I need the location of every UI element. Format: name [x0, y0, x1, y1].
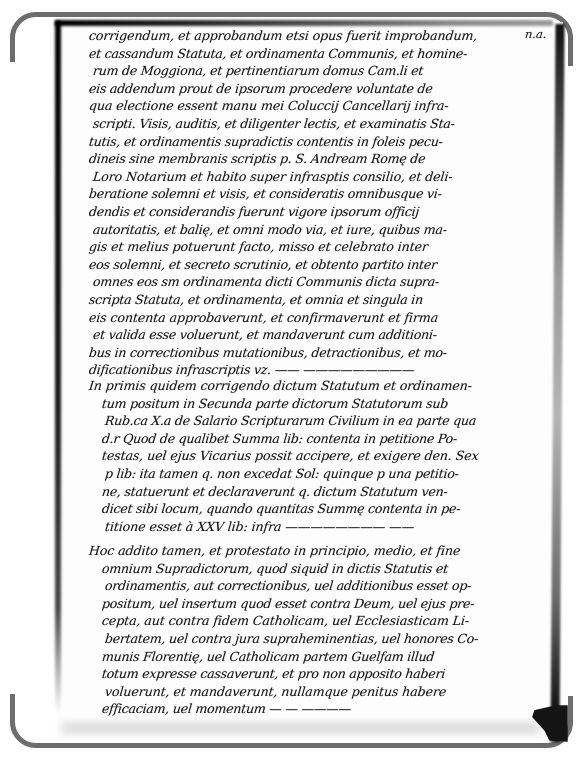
manuscript-line: qua electione essent manu mei Coluccij C…	[88, 97, 478, 115]
manuscript-line: eis contenta approbaverunt, et confirmav…	[88, 309, 478, 327]
manuscript-line: ordinamentis, aut correctionibus, uel ad…	[104, 577, 479, 595]
manuscript-paragraph-2: In primis quidem corrigendo dictum Statu…	[88, 377, 478, 535]
manuscript-line: beratione solemni et visis, et considera…	[88, 185, 478, 203]
manuscript-line: positum, uel insertum quod esset contra …	[101, 595, 479, 613]
manuscript-line: munis Florentię, uel Catholicam partem G…	[101, 648, 479, 666]
frame-edge-gap-right	[563, 66, 583, 696]
manuscript-line: dendis et considerandis fuerunt vigore i…	[88, 203, 478, 221]
manuscript-line: omnium Supradictorum, quod siquid in dic…	[101, 560, 479, 578]
manuscript-line: scripta Statuta, et ordinamenta, et omni…	[88, 291, 478, 309]
manuscript-line: rum de Moggiona, et pertinentiarum domus…	[92, 62, 478, 80]
manuscript-line: d.r Quod de qualibet Summa lib: contenta…	[101, 430, 479, 448]
manuscript-line: cepta, aut contra fidem Catholicam, uel …	[101, 612, 479, 630]
manuscript-paragraph-1: corrigendum, et approbandum etsi opus fu…	[88, 27, 476, 379]
manuscript-line: totum expresse cassaverunt, et pro non a…	[101, 665, 479, 683]
manuscript-line: dicet sibi locum, quando quantitas Summę…	[101, 500, 479, 518]
manuscript-line: eos solemni, et secreto scrutinio, et ob…	[88, 256, 478, 274]
manuscript-line: scripti. Visis, auditis, et diligenter l…	[92, 115, 478, 133]
manuscript-line: testas, uel ejus Vicarius possit acciper…	[101, 447, 479, 465]
manuscript-line: p lib: ita tamen q. non excedat Sol: qui…	[104, 465, 479, 483]
manuscript-line: et valida esse voluerunt, et mandaverunt…	[92, 326, 478, 344]
manuscript-line: tum positum in Secunda parte dictorum St…	[101, 395, 479, 413]
manuscript-line: corrigendum, et approbandum etsi opus fu…	[88, 27, 478, 45]
manuscript-line: dineis sine membranis scriptis p. S. And…	[88, 150, 478, 168]
manuscript-line: gis et melius potuerunt facto, misso et …	[88, 238, 478, 256]
scanned-document: n.a. corrigendum, et approbandum etsi op…	[0, 0, 585, 760]
manuscript-line: autoritatis, et balię, et omni modo via,…	[92, 221, 478, 239]
manuscript-line: tutis, et ordinamentis supradictis conte…	[88, 133, 478, 151]
manuscript-line: ne, statuerunt et declaraverunt q. dictu…	[101, 483, 479, 501]
manuscript-line: et cassandum Statuta, et ordinamenta Com…	[88, 45, 478, 63]
manuscript-line: Loro Notarium et habito super infrasptis…	[92, 168, 478, 186]
manuscript-paragraph-3: Hoc addito tamen, et protestato in princ…	[88, 542, 477, 718]
manuscript-line: Rub.ca X.a de Salario Scripturarum Civil…	[104, 412, 479, 430]
manuscript-line: titione esset à XXV lib: infra ———————— …	[104, 518, 479, 536]
manuscript-text: corrigendum, et approbandum etsi opus fu…	[88, 0, 540, 760]
manuscript-line: bus in correctionibus mutationibus, detr…	[88, 344, 478, 362]
manuscript-line: Hoc addito tamen, et protestato in princ…	[88, 542, 479, 560]
manuscript-line: voluerunt, et mandaverunt, nullamque pen…	[104, 683, 479, 701]
frame-edge-gap-left	[4, 62, 22, 694]
manuscript-line: efficaciam, uel momentum — — ————	[101, 700, 479, 718]
manuscript-line: bertatem, uel contra jura supraheminenti…	[104, 630, 479, 648]
manuscript-line: In primis quidem corrigendo dictum Statu…	[88, 377, 479, 395]
manuscript-line: eis addendum prout de ipsorum procedere …	[88, 80, 478, 98]
manuscript-line: omnes eos sm ordinamenta dicti Communis …	[92, 273, 478, 291]
